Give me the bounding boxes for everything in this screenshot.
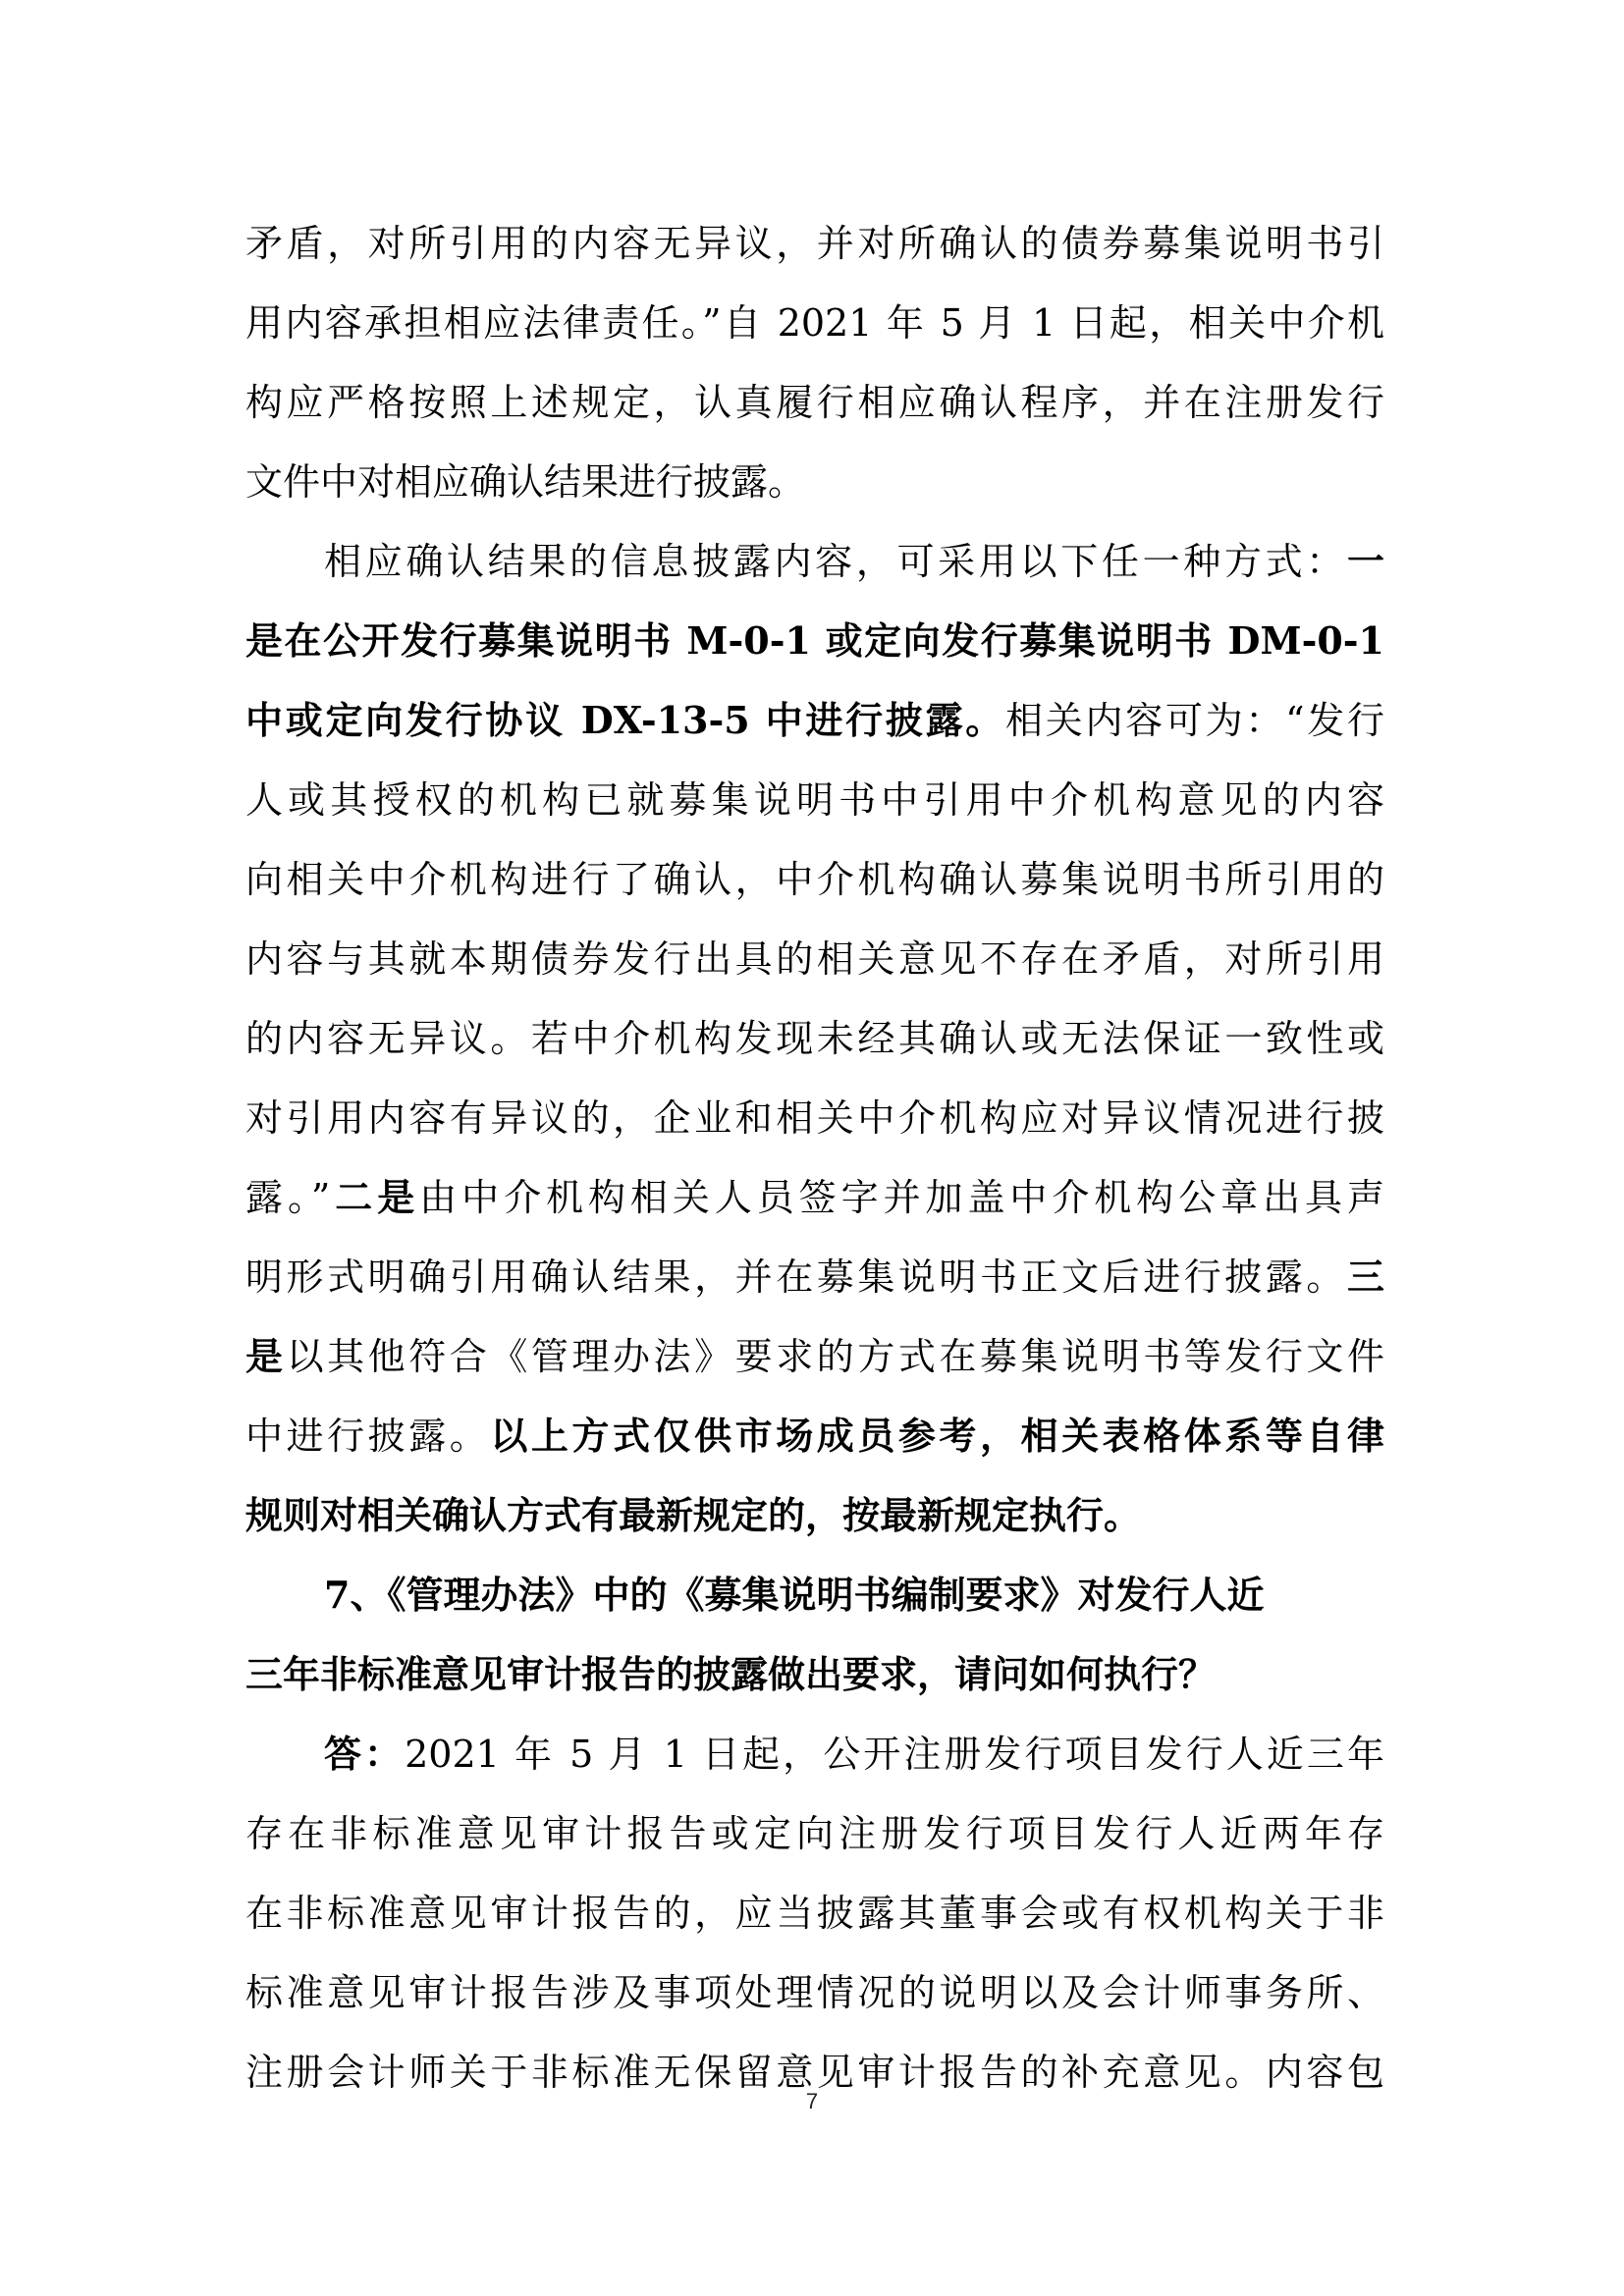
- text-line: 标准意见审计报告涉及事项处理情况的说明以及会计师事务所、: [245, 1963, 1384, 2022]
- text-run: 用内容承担相应法律责任。”自 2021 年 5 月 1 日起，相关中介机: [245, 301, 1384, 345]
- text-run-bold: 规则对相关确认方式有最新规定的，按最新规定执行。: [245, 1493, 1141, 1537]
- text-line: 中进行披露。以上方式仅供市场成员参考，相关表格体系等自律: [245, 1407, 1384, 1466]
- text-line: 是以其他符合《管理办法》要求的方式在募集说明书等发行文件: [245, 1327, 1384, 1386]
- text-line: 相应确认结果的信息披露内容，可采用以下任一种方式：一: [324, 532, 1384, 591]
- text-line: 矛盾，对所引用的内容无异议，并对所确认的债券募集说明书引: [245, 214, 1384, 273]
- text-line: 中或定向发行协议 DX-13-5 中进行披露。相关内容可为：“发行: [245, 691, 1384, 750]
- question-heading: 7、《管理办法》中的《募集说明书编制要求》对发行人近: [324, 1566, 1384, 1625]
- text-run-bold: 三: [1347, 1255, 1384, 1299]
- text-line: 对引用内容有异议的，企业和相关中介机构应对异议情况进行披: [245, 1089, 1384, 1148]
- text-line: 在非标准意见审计报告的，应当披露其董事会或有权机构关于非: [245, 1884, 1384, 1943]
- text-line: 明形式明确引用确认结果，并在募集说明书正文后进行披露。三: [245, 1248, 1384, 1307]
- text-run-bold: 二是: [330, 1175, 419, 1219]
- text-run: 向相关中介机构进行了确认，中介机构确认募集说明书所引用的: [245, 858, 1384, 901]
- text-run-bold: 中或定向发行协议 DX-13-5 中进行披露。: [245, 698, 1005, 742]
- text-run: 注册会计师关于非标准无保留意见审计报告的补充意见。内容包: [245, 2051, 1384, 2094]
- text-run: 中进行披露。: [245, 1415, 490, 1458]
- text-line: 人或其授权的机构已就募集说明书中引用中介机构意见的内容: [245, 771, 1384, 829]
- text-run: 明形式明确引用确认结果，并在募集说明书正文后进行披露。: [245, 1255, 1347, 1299]
- text-run: 2021 年 5 月 1 日起，公开注册发行项目发行人近三年: [405, 1733, 1384, 1776]
- text-run: 相关内容可为：“发行: [1005, 699, 1384, 742]
- text-run-bold: 是在公开发行募集说明书 M-0-1 或定向发行募集说明书 DM-0-1: [245, 618, 1384, 663]
- text-line: 规则对相关确认方式有最新规定的，按最新规定执行。: [245, 1486, 1384, 1545]
- question-heading: 三年非标准意见审计报告的披露做出要求，请问如何执行？: [245, 1645, 1384, 1704]
- text-run: 内容与其就本期债券发行出具的相关意见不存在矛盾，对所引用: [245, 937, 1384, 981]
- text-run: 以其他符合《管理办法》要求的方式在募集说明书等发行文件: [287, 1335, 1384, 1378]
- text-run-bold: 7、《管理办法》中的《募集说明书编制要求》对发行人近: [324, 1573, 1264, 1617]
- text-line: 露。”二是由中介机构相关人员签字并加盖中介机构公章出具声: [245, 1168, 1384, 1227]
- text-run-bold: 以上方式仅供市场成员参考，相关表格体系等自律: [490, 1414, 1384, 1458]
- text-run-bold: 一: [1347, 539, 1384, 583]
- text-line: 文件中对相应确认结果进行披露。: [245, 453, 1384, 511]
- text-run-bold: 是: [245, 1334, 287, 1378]
- text-line: 答：2021 年 5 月 1 日起，公开注册发行项目发行人近三年: [324, 1725, 1384, 1784]
- text-run: 对引用内容有异议的，企业和相关中介机构应对异议情况进行披: [245, 1096, 1384, 1140]
- text-run: 露。”: [245, 1176, 330, 1219]
- text-line: 是在公开发行募集说明书 M-0-1 或定向发行募集说明书 DM-0-1: [245, 612, 1384, 670]
- text-run: 的内容无异议。若中介机构发现未经其确认或无法保证一致性或: [245, 1017, 1384, 1060]
- page-number: 7: [0, 2089, 1624, 2114]
- text-run: 由中介机构相关人员签字并加盖中介机构公章出具声: [419, 1176, 1384, 1219]
- text-run: 在非标准意见审计报告的，应当披露其董事会或有权机构关于非: [245, 1892, 1384, 1935]
- text-run: 矛盾，对所引用的内容无异议，并对所确认的债券募集说明书引: [245, 222, 1384, 265]
- text-run: 存在非标准意见审计报告或定向注册发行项目发行人近两年存: [245, 1812, 1384, 1855]
- text-line: 向相关中介机构进行了确认，中介机构确认募集说明书所引用的: [245, 850, 1384, 909]
- text-line: 用内容承担相应法律责任。”自 2021 年 5 月 1 日起，相关中介机: [245, 294, 1384, 352]
- text-run: 文件中对相应确认结果进行披露。: [245, 460, 805, 504]
- text-run: 人或其授权的机构已就募集说明书中引用中介机构意见的内容: [245, 778, 1384, 822]
- document-page: 矛盾，对所引用的内容无异议，并对所确认的债券募集说明书引 用内容承担相应法律责任…: [0, 0, 1624, 2296]
- answer-label: 答：: [324, 1732, 405, 1776]
- text-line: 构应严格按照上述规定，认真履行相应确认程序，并在注册发行: [245, 373, 1384, 432]
- text-run: 构应严格按照上述规定，认真履行相应确认程序，并在注册发行: [245, 381, 1384, 424]
- text-line: 存在非标准意见审计报告或定向注册发行项目发行人近两年存: [245, 1804, 1384, 1863]
- text-run: 标准意见审计报告涉及事项处理情况的说明以及会计师事务所、: [245, 1971, 1384, 2014]
- text-line: 的内容无异议。若中介机构发现未经其确认或无法保证一致性或: [245, 1009, 1384, 1068]
- text-line: 内容与其就本期债券发行出具的相关意见不存在矛盾，对所引用: [245, 930, 1384, 988]
- text-run: 相应确认结果的信息披露内容，可采用以下任一种方式：: [324, 540, 1347, 583]
- text-run-bold: 三年非标准意见审计报告的披露做出要求，请问如何执行？: [245, 1652, 1216, 1696]
